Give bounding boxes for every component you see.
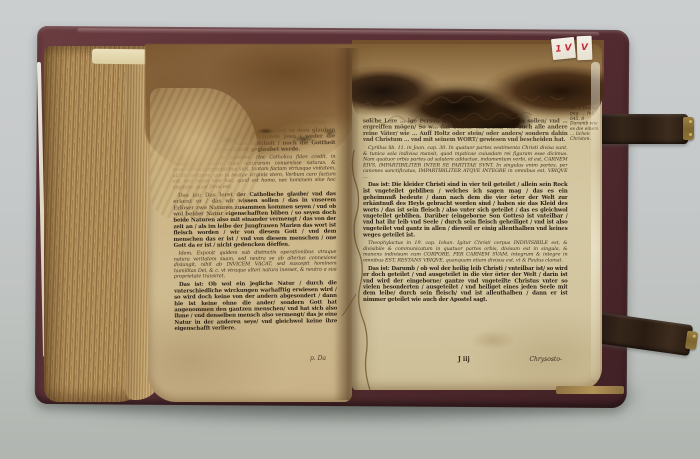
slip-label: V [581,43,588,53]
paragraph: Das ist: Ob wol ein jegliche Natur / dur… [174,280,337,332]
right-page: solche Lere … ige Person des … wie Mensc… [352,44,602,390]
catchword: p. Da [280,355,326,362]
slip-label: 1 V [555,43,572,55]
photo-backdrop: wirckung/ … … so/ on ware … der Gottheit… [0,0,700,459]
crumpled-corner [150,88,258,218]
brass-clasp-bottom [685,331,698,350]
paper-slip-2: V [577,36,593,61]
paragraph: Idem. Exponit quidem sub distinctis oper… [174,249,337,279]
left-page: wirckung/ … … so/ on ware … der Gottheit… [148,50,352,402]
signature-mark: J iij [458,356,470,363]
rivet-icon [689,120,692,123]
paper-slip-1: 1 V [551,37,576,60]
clasp-strap-top [600,114,688,144]
catchword: Chrysosto- [529,356,562,363]
page-tear [340,144,400,394]
bottom-page-edges [556,386,624,394]
rivet-icon [689,133,692,136]
edge-repair-tape [591,62,600,380]
brass-clasp-top [683,117,694,140]
handwriting-annotation [356,96,596,130]
rivet-icon [693,334,696,337]
